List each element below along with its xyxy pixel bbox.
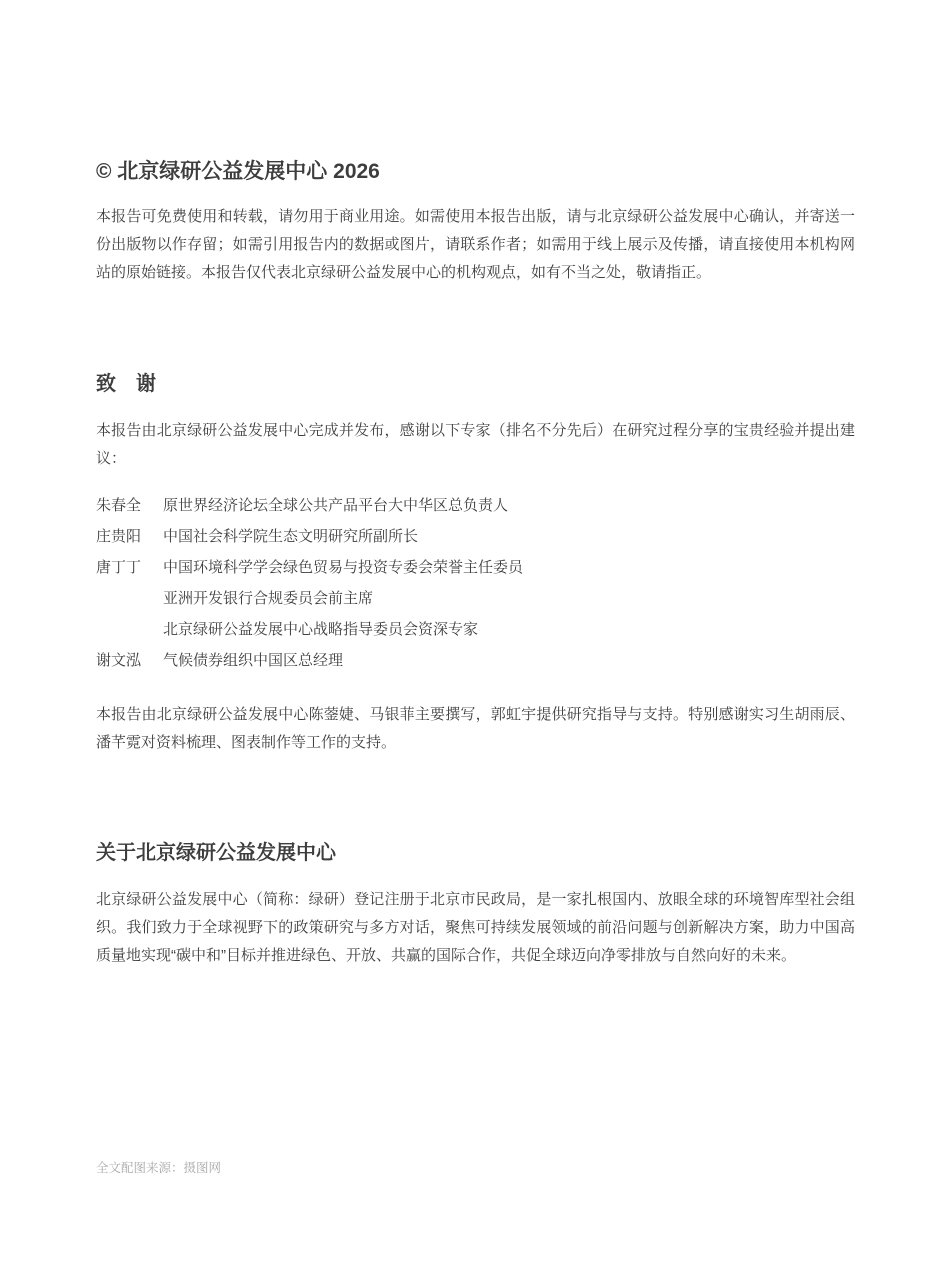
expert-row: 朱春全 原世界经济论坛全球公共产品平台大中华区总负责人 [96, 490, 855, 521]
expert-row: 谢文泓 气候债券组织中国区总经理 [96, 645, 855, 676]
expert-row: 庄贵阳 中国社会科学院生态文明研究所副所长 [96, 521, 855, 552]
expert-name: 唐丁丁 [96, 552, 163, 583]
report-page: © 北京绿研公益发展中心 2026 本报告可免费使用和转载，请勿用于商业用途。如… [0, 0, 950, 1274]
expert-list: 朱春全 原世界经济论坛全球公共产品平台大中华区总负责人 庄贵阳 中国社会科学院生… [96, 490, 855, 676]
expert-row: 唐丁丁 中国环境科学学会绿色贸易与投资专委会荣誉主任委员 [96, 552, 855, 583]
expert-name-empty [96, 583, 163, 614]
image-source-note: 全文配图来源：摄图网 [96, 1160, 221, 1178]
acknowledgement-outro-paragraph: 本报告由北京绿研公益发展中心陈蓥婕、马银菲主要撰写，郭虹宇提供研究指导与支持。特… [96, 701, 855, 757]
about-paragraph: 北京绿研公益发展中心（简称：绿研）登记注册于北京市民政局，是一家扎根国内、放眼全… [96, 886, 855, 970]
expert-name-empty [96, 614, 163, 645]
expert-row-continuation: 亚洲开发银行合规委员会前主席 [96, 583, 855, 614]
acknowledgement-heading: 致 谢 [96, 371, 855, 398]
expert-title: 北京绿研公益发展中心战略指导委员会资深专家 [163, 614, 855, 645]
expert-name: 庄贵阳 [96, 521, 163, 552]
about-heading: 关于北京绿研公益发展中心 [96, 840, 855, 867]
page-content: © 北京绿研公益发展中心 2026 本报告可免费使用和转载，请勿用于商业用途。如… [0, 0, 950, 970]
copyright-title: © 北京绿研公益发展中心 2026 [96, 0, 855, 186]
expert-name: 谢文泓 [96, 645, 163, 676]
expert-title: 中国社会科学院生态文明研究所副所长 [163, 521, 855, 552]
expert-title: 亚洲开发银行合规委员会前主席 [163, 583, 855, 614]
expert-row-continuation: 北京绿研公益发展中心战略指导委员会资深专家 [96, 614, 855, 645]
expert-name: 朱春全 [96, 490, 163, 521]
expert-title: 中国环境科学学会绿色贸易与投资专委会荣誉主任委员 [163, 552, 855, 583]
expert-title: 原世界经济论坛全球公共产品平台大中华区总负责人 [163, 490, 855, 521]
acknowledgement-intro-paragraph: 本报告由北京绿研公益发展中心完成并发布，感谢以下专家（排名不分先后）在研究过程分… [96, 417, 855, 473]
expert-title: 气候债券组织中国区总经理 [163, 645, 855, 676]
copyright-notice-paragraph: 本报告可免费使用和转载，请勿用于商业用途。如需使用本报告出版，请与北京绿研公益发… [96, 203, 855, 287]
